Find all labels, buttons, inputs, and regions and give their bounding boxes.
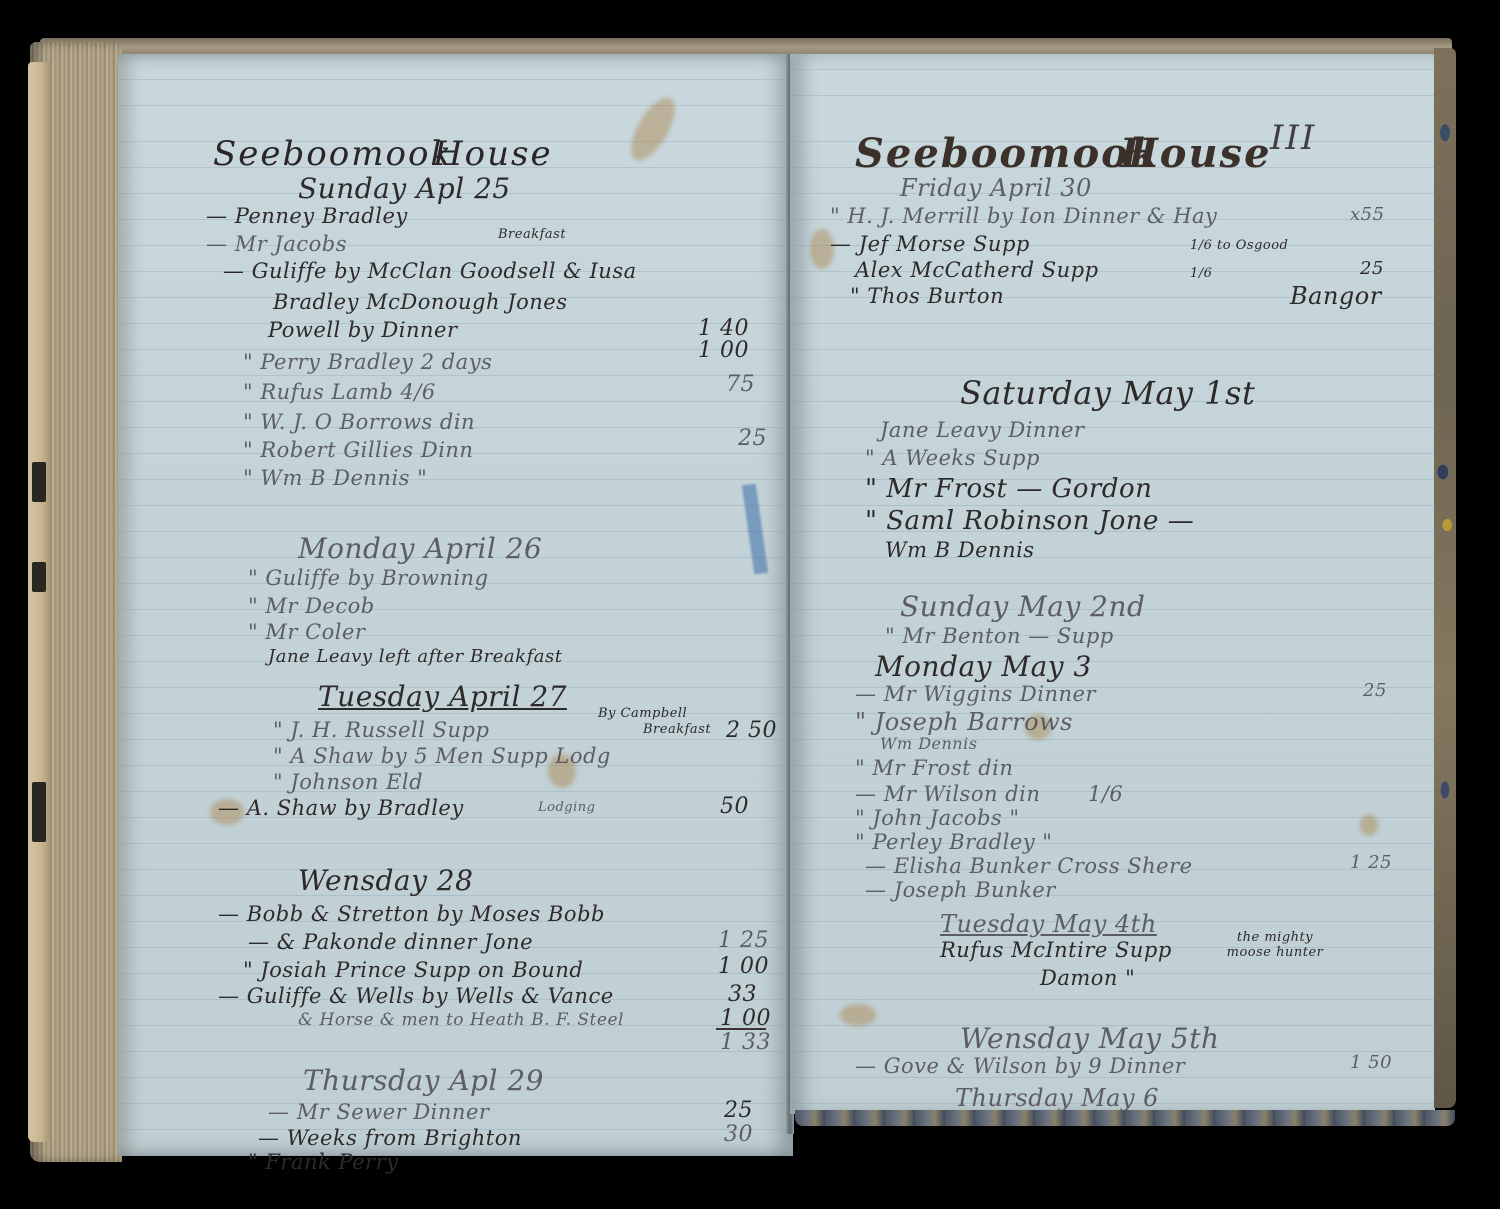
entry-amount: 1 25 bbox=[718, 928, 769, 953]
ledger-entry: " A Shaw by 5 Men Supp Lodg bbox=[273, 744, 611, 768]
stain bbox=[1360, 814, 1378, 836]
ledger-entry: " H. J. Merrill by Ion Dinner & Hay bbox=[830, 204, 1217, 228]
ledger-entry: " Frank Perry bbox=[248, 1150, 398, 1174]
entry-note: Breakfast bbox=[643, 722, 711, 737]
page-mark: III bbox=[1270, 118, 1316, 158]
entry-note: 1/6 bbox=[1088, 782, 1123, 806]
ledger-entry: " Robert Gillies Dinn bbox=[243, 438, 473, 462]
ledger-entry: — Weeks from Brighton bbox=[258, 1126, 522, 1150]
entry-amount: 75 bbox=[726, 372, 755, 397]
ledger-entry: Rufus McIntire Supp bbox=[940, 938, 1172, 962]
ledger-entry: " Mr Benton — Supp bbox=[885, 624, 1114, 648]
day-heading: Sunday May 2nd bbox=[900, 590, 1145, 623]
stain bbox=[840, 1004, 876, 1026]
ledger-entry: — Joseph Bunker bbox=[865, 878, 1056, 902]
ledger-entry: " W. J. O Borrows din bbox=[243, 410, 475, 434]
ledger-entry: — Mr Sewer Dinner bbox=[268, 1100, 489, 1124]
ledger-entry: " Mr Coler bbox=[248, 620, 365, 644]
ledger-entry: Damon " bbox=[1040, 966, 1135, 990]
ledger-entry: " Mr Frost — Gordon bbox=[865, 474, 1152, 504]
ledger-entry: " A Weeks Supp bbox=[865, 446, 1040, 470]
entry-note: 1/6 bbox=[1190, 266, 1212, 281]
hotel-name: Seeboomook bbox=[213, 134, 453, 174]
entry-note: 1/6 to Osgood bbox=[1190, 238, 1288, 253]
left-page: Seeboomook House Sunday Apl 25 — Penney … bbox=[118, 54, 793, 1156]
day-heading: Sunday Apl 25 bbox=[298, 172, 511, 205]
marbled-fore-edge bbox=[1434, 48, 1456, 1108]
ledger-entry: & Horse & men to Heath B. F. Steel bbox=[298, 1010, 624, 1030]
ledger-entry: — Elisha Bunker Cross Shere bbox=[865, 854, 1193, 878]
day-heading: Monday April 26 bbox=[298, 532, 542, 565]
open-ledger-book: Seeboomook House Sunday Apl 25 — Penney … bbox=[30, 38, 1458, 1170]
day-heading: Wensday 28 bbox=[298, 864, 473, 897]
ledger-entry: — Mr Jacobs bbox=[206, 232, 347, 256]
left-page-stack bbox=[30, 42, 122, 1162]
entry-note: the mighty moose hunter bbox=[1220, 930, 1330, 960]
ink-smudge bbox=[742, 483, 768, 574]
hotel-word: House bbox=[1120, 130, 1272, 177]
ledger-entry: — Gove & Wilson by 9 Dinner bbox=[855, 1054, 1185, 1078]
entry-amount: 33 bbox=[728, 982, 757, 1007]
ledger-entry: — Jef Morse Supp bbox=[830, 232, 1030, 256]
day-heading: Friday April 30 bbox=[900, 174, 1092, 202]
entry-amount: 50 bbox=[720, 794, 749, 819]
ledger-entry: " Josiah Prince Supp on Bound bbox=[243, 958, 583, 982]
ledger-entry: " Mr Frost din bbox=[855, 756, 1013, 780]
marbled-bottom-edge bbox=[795, 1110, 1455, 1126]
entry-amount: 1 00 bbox=[718, 954, 769, 979]
ledger-entry: — & Pakonde dinner Jone bbox=[248, 930, 533, 954]
ledger-entry: Alex McCatherd Supp bbox=[855, 258, 1099, 282]
ledger-entry: " John Jacobs " bbox=[855, 806, 1020, 830]
ledger-entry: " Wm B Dennis " bbox=[243, 466, 427, 490]
torn-edge bbox=[32, 562, 46, 592]
entry-amount: 30 bbox=[724, 1122, 753, 1147]
ledger-entry: " Joseph Barrows bbox=[855, 708, 1073, 736]
left-cover-strip bbox=[28, 62, 50, 1142]
day-heading: Saturday May 1st bbox=[960, 374, 1255, 412]
ledger-entry: Bradley McDonough Jones bbox=[273, 290, 568, 314]
ledger-entry: " Guliffe by Browning bbox=[248, 566, 489, 590]
day-heading: Wensday May 5th bbox=[960, 1022, 1220, 1055]
ledger-entry: Jane Leavy Dinner bbox=[880, 418, 1084, 442]
ledger-entry: — Mr Wiggins Dinner bbox=[855, 682, 1096, 706]
ledger-entry: — Guliffe by McClan Goodsell & Iusa bbox=[223, 259, 637, 283]
entry-note: Bangor bbox=[1290, 282, 1382, 310]
ledger-entry: Wm B Dennis bbox=[885, 538, 1035, 562]
ledger-entry: Powell by Dinner bbox=[268, 318, 457, 342]
stain bbox=[623, 91, 684, 167]
ledger-entry: " J. H. Russell Supp bbox=[273, 718, 489, 742]
entry-amount: 25 bbox=[1360, 258, 1384, 279]
day-heading: Monday May 3 bbox=[875, 650, 1092, 683]
ledger-photograph: Seeboomook House Sunday Apl 25 — Penney … bbox=[0, 0, 1500, 1209]
ledger-entry: — Penney Bradley bbox=[206, 204, 408, 228]
ledger-entry: — A. Shaw by Bradley bbox=[218, 796, 464, 820]
entry-amount: x55 bbox=[1350, 204, 1385, 225]
ledger-entry: " Johnson Eld bbox=[273, 770, 423, 794]
ledger-entry: — Guliffe & Wells by Wells & Vance bbox=[218, 984, 614, 1008]
entry-amount: 2 50 bbox=[726, 718, 777, 743]
day-heading: Tuesday May 4th bbox=[940, 910, 1157, 938]
ledger-entry: Jane Leavy left after Breakfast bbox=[268, 646, 562, 667]
torn-edge bbox=[32, 782, 46, 842]
right-page: Seeboomook House III Friday April 30 " H… bbox=[790, 54, 1435, 1114]
entry-amount: 25 bbox=[1363, 680, 1387, 701]
ledger-entry: " Perley Bradley " bbox=[855, 830, 1052, 854]
ledger-entry: — Bobb & Stretton by Moses Bobb bbox=[218, 902, 605, 926]
hotel-name: Seeboomook bbox=[855, 130, 1160, 177]
entry-amount: 1 00 bbox=[698, 338, 749, 363]
ledger-entry: — Mr Wilson din bbox=[855, 782, 1040, 806]
entry-amount: 25 bbox=[724, 1098, 753, 1123]
entry-amount: 1 50 bbox=[1350, 1052, 1392, 1073]
entry-note: Lodging bbox=[538, 800, 595, 815]
hotel-word: House bbox=[433, 134, 553, 174]
entry-amount: 25 bbox=[738, 426, 767, 451]
ledger-entry: " Mr Decob bbox=[248, 594, 375, 618]
day-heading: Thursday May 6 bbox=[955, 1084, 1159, 1112]
entry-total: 1 33 bbox=[720, 1030, 771, 1055]
ledger-entry: Wm Dennis bbox=[880, 734, 977, 753]
torn-edge bbox=[32, 462, 46, 502]
entry-note: Breakfast bbox=[498, 227, 566, 242]
day-heading: Thursday Apl 29 bbox=[303, 1064, 544, 1097]
ledger-entry: " Rufus Lamb 4/6 bbox=[243, 380, 436, 404]
day-heading: Tuesday April 27 bbox=[318, 680, 567, 713]
ledger-entry: " Perry Bradley 2 days bbox=[243, 350, 492, 374]
entry-amount: 1 25 bbox=[1350, 852, 1392, 873]
ledger-entry: " Saml Robinson Jone — bbox=[865, 506, 1194, 536]
entry-note: By Campbell bbox=[598, 706, 687, 721]
ledger-entry: " Thos Burton bbox=[850, 284, 1004, 308]
